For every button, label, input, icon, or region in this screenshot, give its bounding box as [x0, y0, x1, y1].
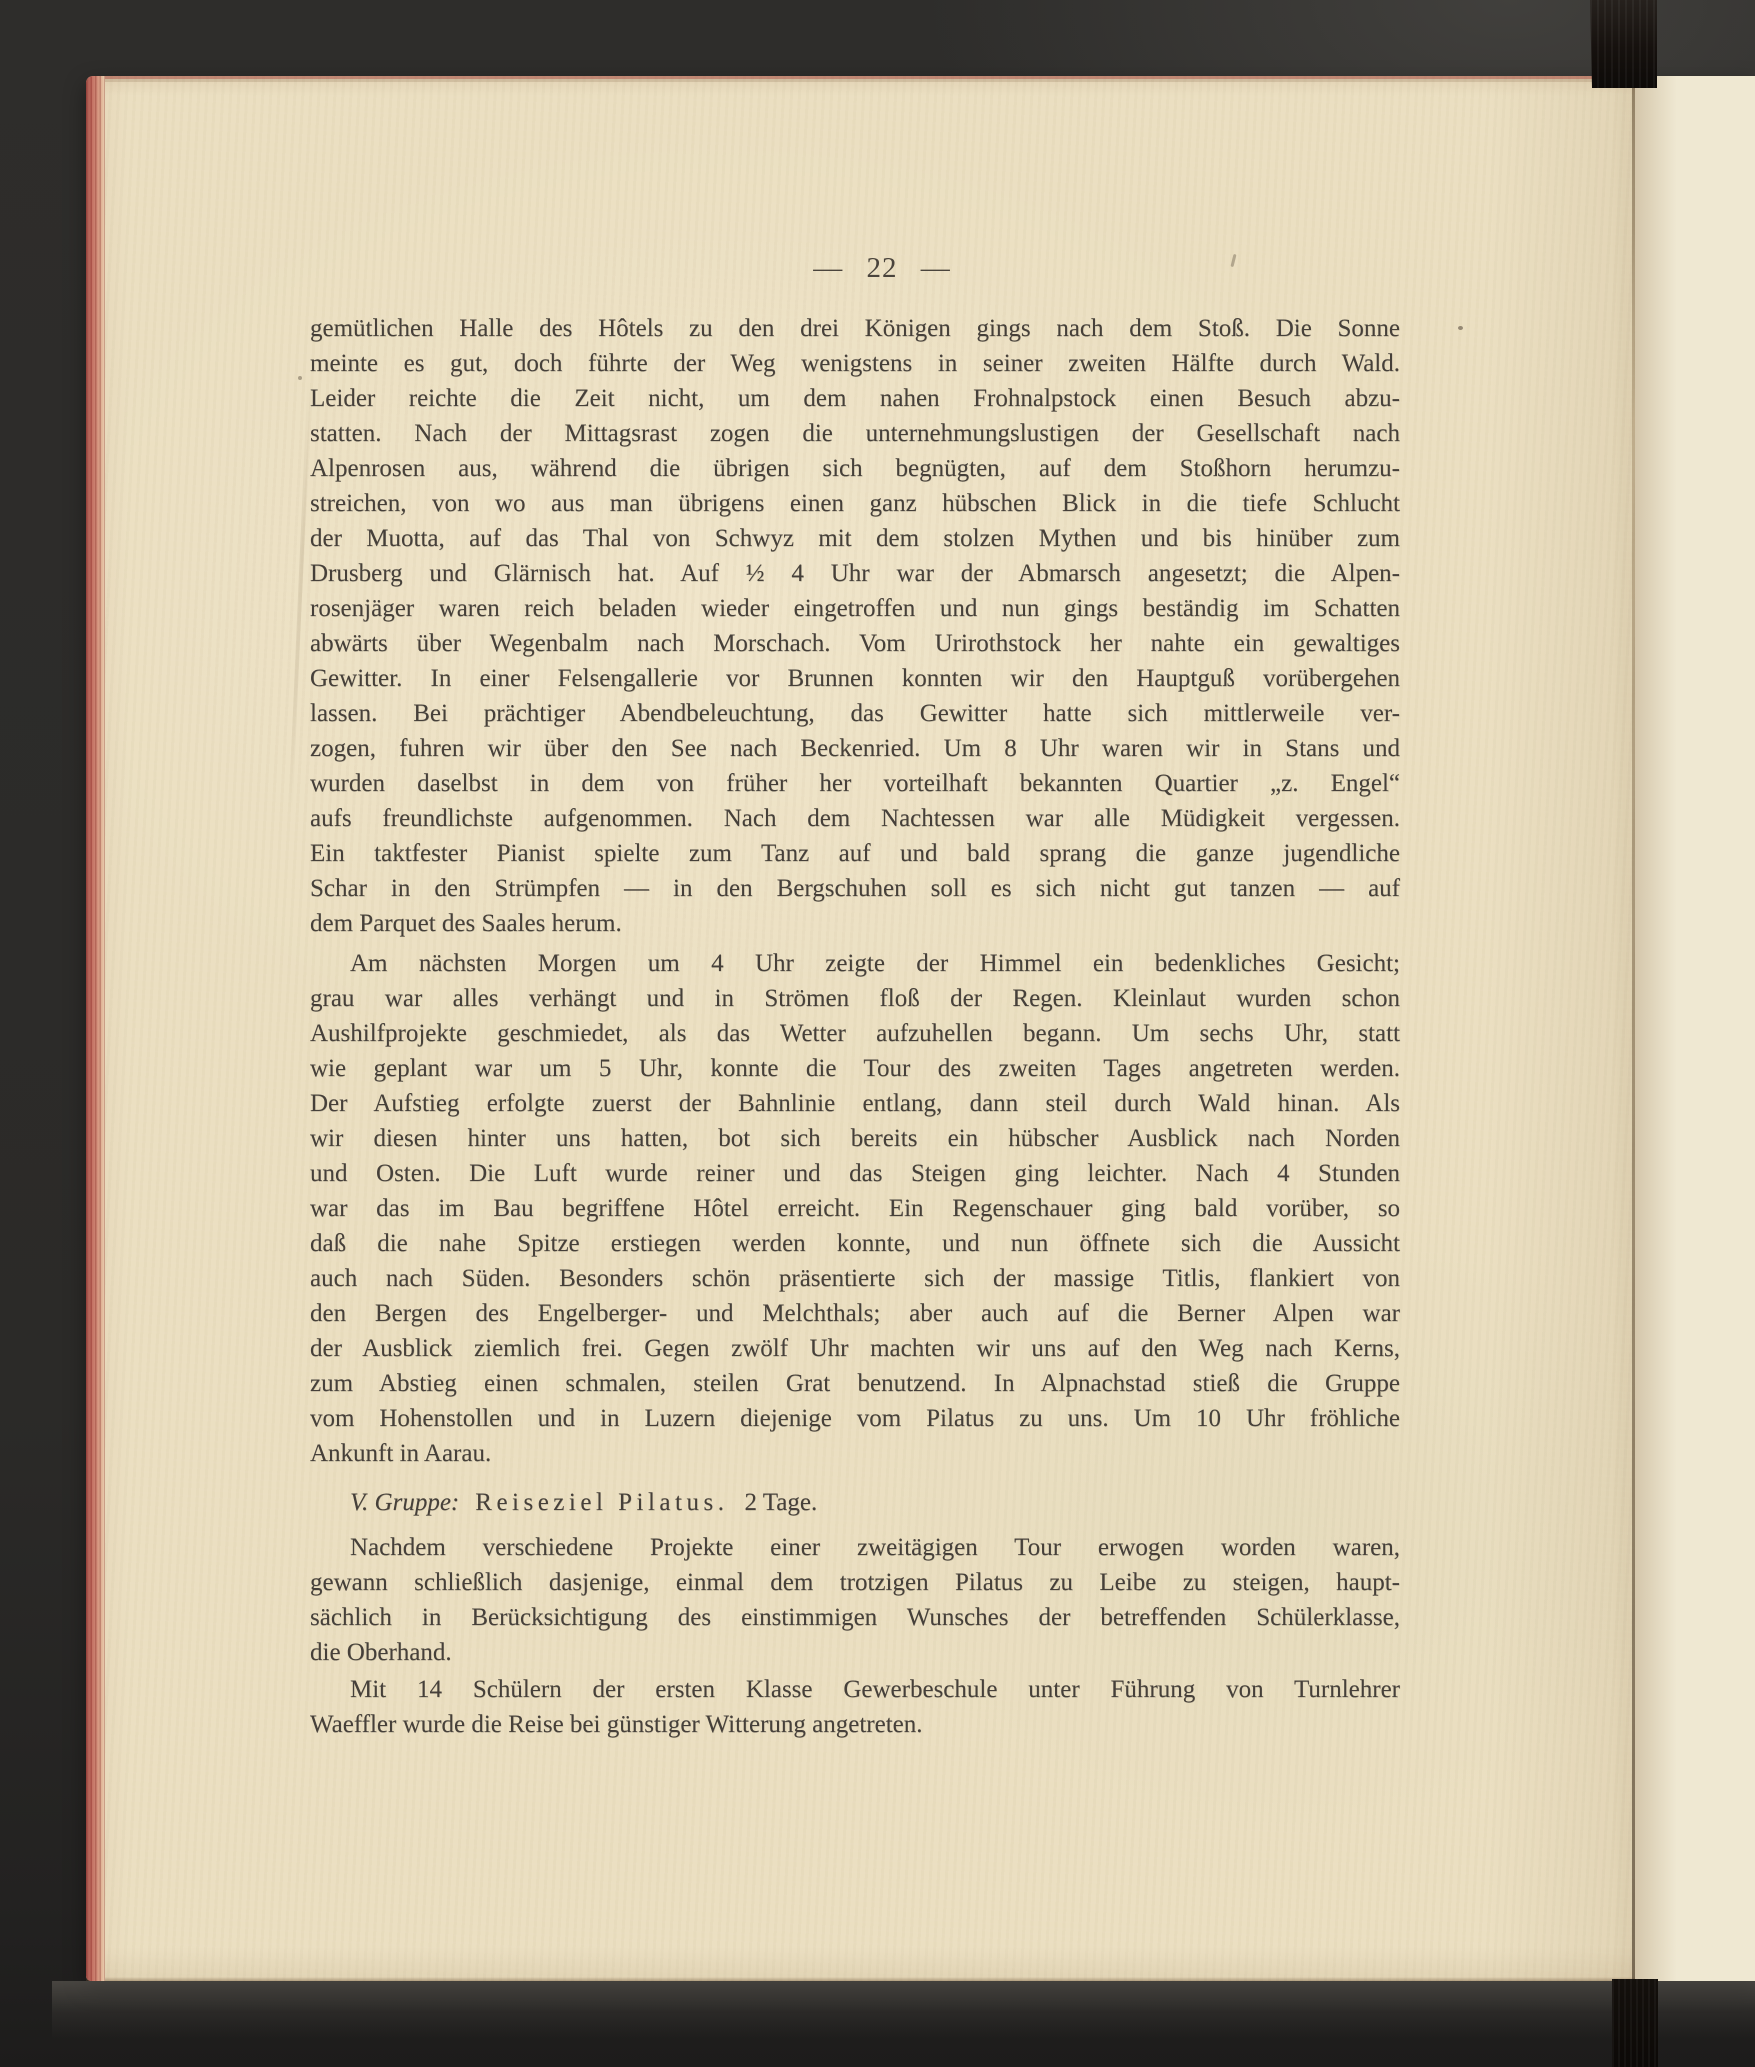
paragraph: gemütlichen Halle des Hôtels zu den drei… [310, 311, 1400, 941]
text-line: die Oberhand. [310, 1635, 1400, 1670]
text-line: Aushilfprojekte geschmiedet, als das Wet… [310, 1016, 1400, 1051]
text-line: daß die nahe Spitze erstiegen werden kon… [310, 1226, 1400, 1261]
scan-background: { "colors": { "background": "#2b2a28", "… [0, 0, 1755, 2067]
text-line: der Ausblick ziemlich frei. Gegen zwölf … [310, 1331, 1400, 1366]
backdrop: — 22 — gemütlichen Halle des Hôtels zu d… [0, 0, 1755, 2067]
text-line: dem Parquet des Saales herum. [310, 906, 1400, 941]
text-line: lassen. Bei prächtiger Abendbeleuchtung,… [310, 696, 1400, 731]
book-page: — 22 — gemütlichen Halle des Hôtels zu d… [86, 76, 1755, 1981]
text-line: Waeffler wurde die Reise bei günstiger W… [310, 1707, 1400, 1742]
paragraph: Nachdem verschiedene Projekte einer zwei… [310, 1530, 1400, 1670]
stray-mark [1230, 254, 1236, 267]
text-line: und Osten. Die Luft wurde reiner und das… [310, 1156, 1400, 1191]
text-line: Am nächsten Morgen um 4 Uhr zeigte der H… [310, 946, 1400, 981]
text-line: Alpenrosen aus, während die übrigen sich… [310, 451, 1400, 486]
text-line: grau war alles verhängt und in Strömen f… [310, 981, 1400, 1016]
text-line: V. Gruppe:Reiseziel Pilatus.2 Tage. [310, 1485, 1400, 1520]
text-segment: V. Gruppe: [350, 1489, 459, 1516]
text-line: rosenjäger waren reich beladen wieder ei… [310, 591, 1400, 626]
text-line: Schar in den Strümpfen — in den Bergschu… [310, 871, 1400, 906]
text-line: Ein taktfester Pianist spielte zum Tanz … [310, 836, 1400, 871]
text-line: Nachdem verschiedene Projekte einer zwei… [310, 1530, 1400, 1565]
text-line: Der Aufstieg erfolgte zuerst der Bahnlin… [310, 1086, 1400, 1121]
paper-crease [288, 376, 311, 816]
text-line: gewann schließlich dasjenige, einmal dem… [310, 1565, 1400, 1600]
paragraph: Am nächsten Morgen um 4 Uhr zeigte der H… [310, 946, 1400, 1471]
text-line: vom Hohenstollen und in Luzern diejenige… [310, 1401, 1400, 1436]
bookmark-ribbon-top [1590, 0, 1657, 88]
text-line: Leider reichte die Zeit nicht, um dem na… [310, 381, 1400, 416]
facing-page-edge [1635, 76, 1755, 1981]
text-line: der Muotta, auf das Thal von Schwyz mit … [310, 521, 1400, 556]
text-line: war das im Bau begriffene Hôtel erreicht… [310, 1191, 1400, 1226]
stray-mark [1458, 326, 1463, 330]
page-red-edge [86, 76, 105, 1981]
text-line: Ankunft in Aarau. [310, 1436, 1400, 1471]
text-line: meinte es gut, doch führte der Weg wenig… [310, 346, 1400, 381]
text-line: Gewitter. In einer Felsengallerie vor Br… [310, 661, 1400, 696]
text-line: gemütlichen Halle des Hôtels zu den drei… [310, 311, 1400, 346]
text-line: zum Abstieg einen schmalen, steilen Grat… [310, 1366, 1400, 1401]
paragraph: Mit 14 Schülern der ersten Klasse Gewerb… [310, 1672, 1400, 1742]
text-line: Mit 14 Schülern der ersten Klasse Gewerb… [310, 1672, 1400, 1707]
stray-mark [298, 376, 302, 380]
text-line: wurden daselbst in dem von früher her vo… [310, 766, 1400, 801]
bookmark-ribbon-bottom [1612, 1979, 1658, 2067]
text-line: abwärts über Wegenbalm nach Morschach. V… [310, 626, 1400, 661]
text-line: sächlich in Berücksichtigung des einstim… [310, 1600, 1400, 1635]
text-block: gemütlichen Halle des Hôtels zu den drei… [310, 311, 1400, 1742]
text-line: auch nach Süden. Besonders schön präsent… [310, 1261, 1400, 1296]
text-line: wie geplant war um 5 Uhr, konnte die Tou… [310, 1051, 1400, 1086]
page-top-edge [92, 76, 1755, 84]
text-line: streichen, von wo aus man übrigens einen… [310, 486, 1400, 521]
text-line: statten. Nach der Mittagsrast zogen die … [310, 416, 1400, 451]
section-heading: V. Gruppe:Reiseziel Pilatus.2 Tage. [310, 1485, 1400, 1520]
text-line: zogen, fuhren wir über den See nach Beck… [310, 731, 1400, 766]
text-line: aufs freundlichste aufgenommen. Nach dem… [310, 801, 1400, 836]
text-line: Drusberg und Glärnisch hat. Auf ½ 4 Uhr … [310, 556, 1400, 591]
page-shadow [52, 1981, 1755, 2039]
text-segment: 2 Tage. [744, 1489, 817, 1516]
page-number: — 22 — [682, 251, 1082, 286]
text-line: wir diesen hinter uns hatten, bot sich b… [310, 1121, 1400, 1156]
text-line: den Bergen des Engelberger- und Melchtha… [310, 1296, 1400, 1331]
text-segment: Reiseziel Pilatus. [475, 1489, 728, 1516]
